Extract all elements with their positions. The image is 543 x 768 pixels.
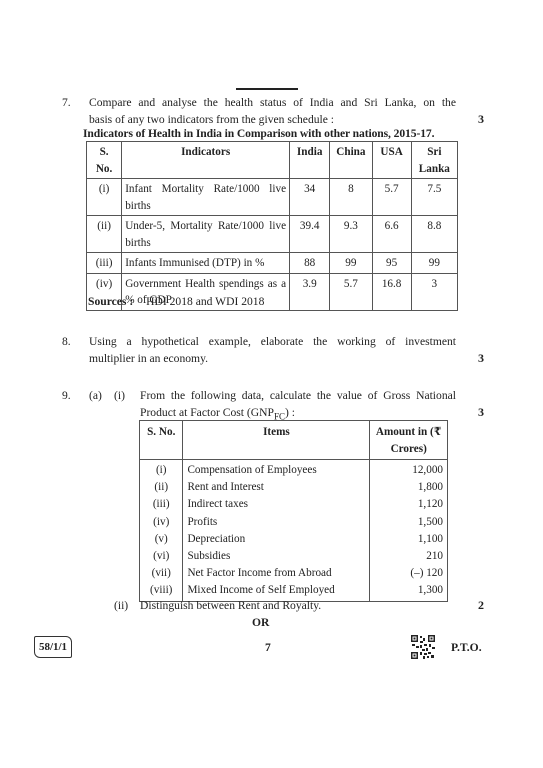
row-sno: (ii) [140, 479, 183, 496]
table-row: (vi)Subsidies210 [140, 548, 448, 565]
or-separator: OR [252, 614, 269, 631]
row-sno: (v) [140, 531, 183, 548]
sources-label: Sources : [88, 295, 133, 308]
q9-sub-i-label: (i) [114, 387, 125, 404]
table-header-row: S. No. Indicators India China USA Sri La… [87, 142, 458, 179]
cell-china: 8 [330, 179, 372, 216]
row-amount: 12,000 [370, 460, 448, 480]
row-sno: (i) [87, 179, 122, 216]
q7-number: 7. [62, 94, 71, 111]
table-row: (iii)Infants Immunised (DTP) in %8899959… [87, 253, 458, 274]
row-item: Subsidies [183, 548, 370, 565]
row-sno: (iv) [140, 514, 183, 531]
q9-sub-ii-text: Distinguish between Rent and Royalty. [140, 597, 321, 614]
qr-code-icon-svg [411, 635, 435, 659]
table-row: (iv)Profits1,500 [140, 514, 448, 531]
row-item: Rent and Interest [183, 479, 370, 496]
row-sno: (vii) [140, 565, 183, 582]
q9-sub-i-text-line1: From the following data, calculate the v… [140, 387, 456, 404]
q9-number: 9. [62, 387, 71, 404]
cell-sri-lanka: 99 [411, 253, 457, 274]
col-header-china: China [330, 142, 372, 179]
table-header-row: S. No. Items Amount in (₹ Crores) [140, 421, 448, 460]
col-header-usa: USA [372, 142, 411, 179]
col-header-sno: S. No. [140, 421, 183, 460]
q9-sub-ii-marks: 2 [472, 597, 484, 614]
cell-india: 3.9 [290, 273, 330, 310]
q9-sub-i-marks: 3 [472, 404, 484, 421]
qr-code-icon [411, 635, 435, 659]
row-amount: 1,500 [370, 514, 448, 531]
row-sno: (i) [140, 460, 183, 480]
row-indicator: Under-5, Mortality Rate/1000 live births [122, 216, 290, 253]
gnp-text: Product at Factor Cost (GNP [140, 406, 274, 419]
row-sno: (iii) [140, 496, 183, 513]
cell-china: 99 [330, 253, 372, 274]
page-number: 7 [265, 639, 271, 656]
col-header-items: Items [183, 421, 370, 460]
cell-sri-lanka: 8.8 [411, 216, 457, 253]
table-row: (i)Infant Mortality Rate/1000 live birth… [87, 179, 458, 216]
cell-usa: 16.8 [372, 273, 411, 310]
table-row: (v)Depreciation1,100 [140, 531, 448, 548]
col-header-amount: Amount in (₹ Crores) [370, 421, 448, 460]
paper-code-badge: 58/1/1 [34, 636, 72, 658]
row-item: Indirect taxes [183, 496, 370, 513]
col-header-india: India [290, 142, 330, 179]
col-header-sno: S. No. [87, 142, 122, 179]
row-amount: 1,100 [370, 531, 448, 548]
table-row: (iii)Indirect taxes1,120 [140, 496, 448, 513]
pto-label: P.T.O. [451, 639, 482, 656]
cell-india: 88 [290, 253, 330, 274]
row-amount: 1,300 [370, 582, 448, 601]
health-indicators-table: S. No. Indicators India China USA Sri La… [86, 141, 458, 311]
col-header-indicators: Indicators [122, 142, 290, 179]
gnp-suffix: ) : [285, 406, 295, 419]
row-indicator: Infants Immunised (DTP) in % [122, 253, 290, 274]
gnp-data-table: S. No. Items Amount in (₹ Crores) (i)Com… [139, 420, 448, 602]
q7-text-line1: Compare and analyse the health status of… [89, 94, 456, 111]
cell-usa: 95 [372, 253, 411, 274]
col-header-sri-lanka: Sri Lanka [411, 142, 457, 179]
row-indicator: Infant Mortality Rate/1000 live births [122, 179, 290, 216]
row-amount: (–) 120 [370, 565, 448, 582]
cell-india: 34 [290, 179, 330, 216]
cell-sri-lanka: 3 [411, 273, 457, 310]
sources-text: HDI 2018 and WDI 2018 [146, 295, 264, 308]
cell-usa: 6.6 [372, 216, 411, 253]
cell-china: 9.3 [330, 216, 372, 253]
cell-sri-lanka: 7.5 [411, 179, 457, 216]
q9-part-a: (a) [89, 387, 102, 404]
section-divider [236, 88, 298, 90]
cell-india: 39.4 [290, 216, 330, 253]
sources-line: Sources : HDI 2018 and WDI 2018 [88, 293, 264, 310]
q7-marks: 3 [472, 111, 484, 128]
row-amount: 210 [370, 548, 448, 565]
row-item: Compensation of Employees [183, 460, 370, 480]
row-amount: 1,120 [370, 496, 448, 513]
q9-sub-ii-label: (ii) [114, 597, 128, 614]
q8-number: 8. [62, 333, 71, 350]
row-item: Profits [183, 514, 370, 531]
table-row: (ii)Under-5, Mortality Rate/1000 live bi… [87, 216, 458, 253]
row-sno: (vi) [140, 548, 183, 565]
row-sno: (ii) [87, 216, 122, 253]
row-sno: (iii) [87, 253, 122, 274]
q8-marks: 3 [472, 350, 484, 367]
cell-china: 5.7 [330, 273, 372, 310]
row-item: Net Factor Income from Abroad [183, 565, 370, 582]
cell-usa: 5.7 [372, 179, 411, 216]
q7-table-title: Indicators of Health in India in Compari… [83, 125, 434, 142]
table-row: (vii)Net Factor Income from Abroad(–) 12… [140, 565, 448, 582]
table-row: (ii)Rent and Interest1,800 [140, 479, 448, 496]
row-item: Depreciation [183, 531, 370, 548]
row-amount: 1,800 [370, 479, 448, 496]
q8-text-line1: Using a hypothetical example, elaborate … [89, 333, 456, 350]
q8-text-line2: multiplier in an economy. [89, 350, 208, 367]
table-row: (i)Compensation of Employees12,000 [140, 460, 448, 480]
